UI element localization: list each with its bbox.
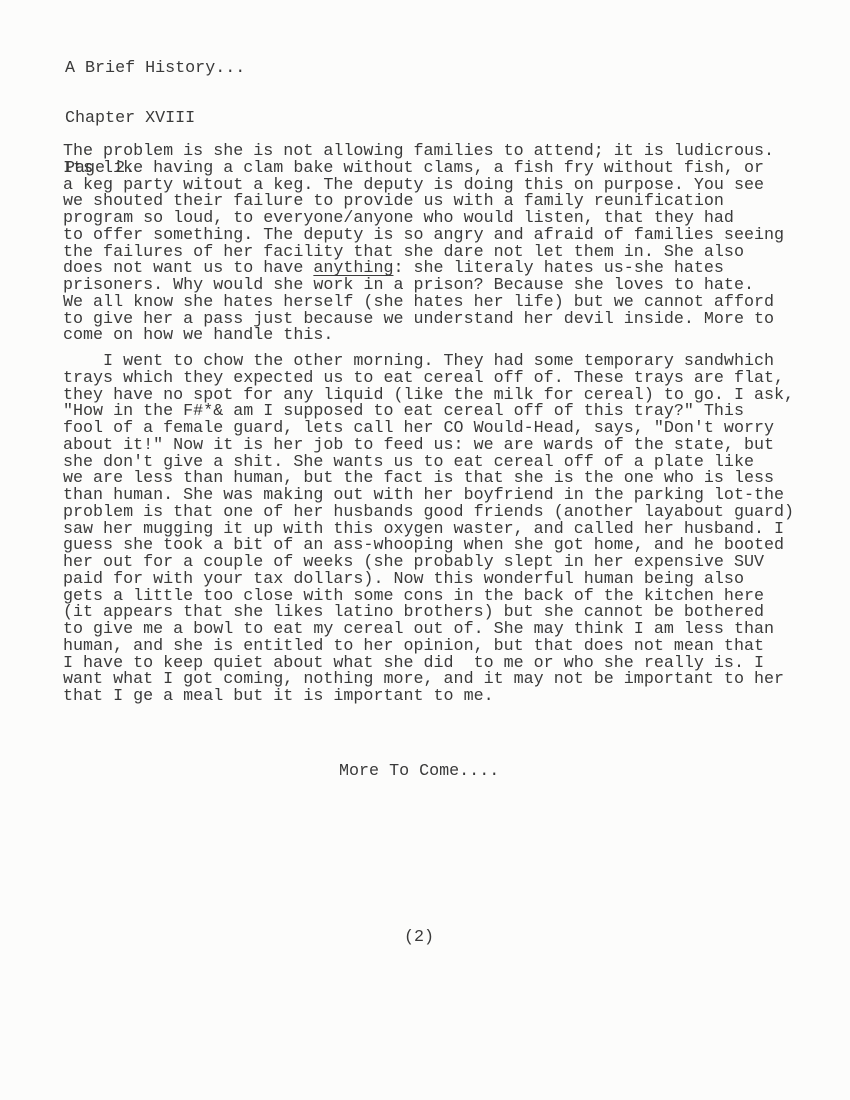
document-title: A Brief History... [65, 61, 245, 78]
more-to-come-line: More To Come.... [339, 764, 499, 781]
chapter-label: Chapter XVIII [65, 111, 245, 128]
paragraph-1: The problem is she is not allowing famil… [63, 144, 784, 345]
document-page: A Brief History... Chapter XVIII Page 2.… [0, 0, 850, 1100]
page-number: (2) [404, 930, 434, 947]
paragraph-2: I went to chow the other morning. They h… [63, 354, 794, 706]
